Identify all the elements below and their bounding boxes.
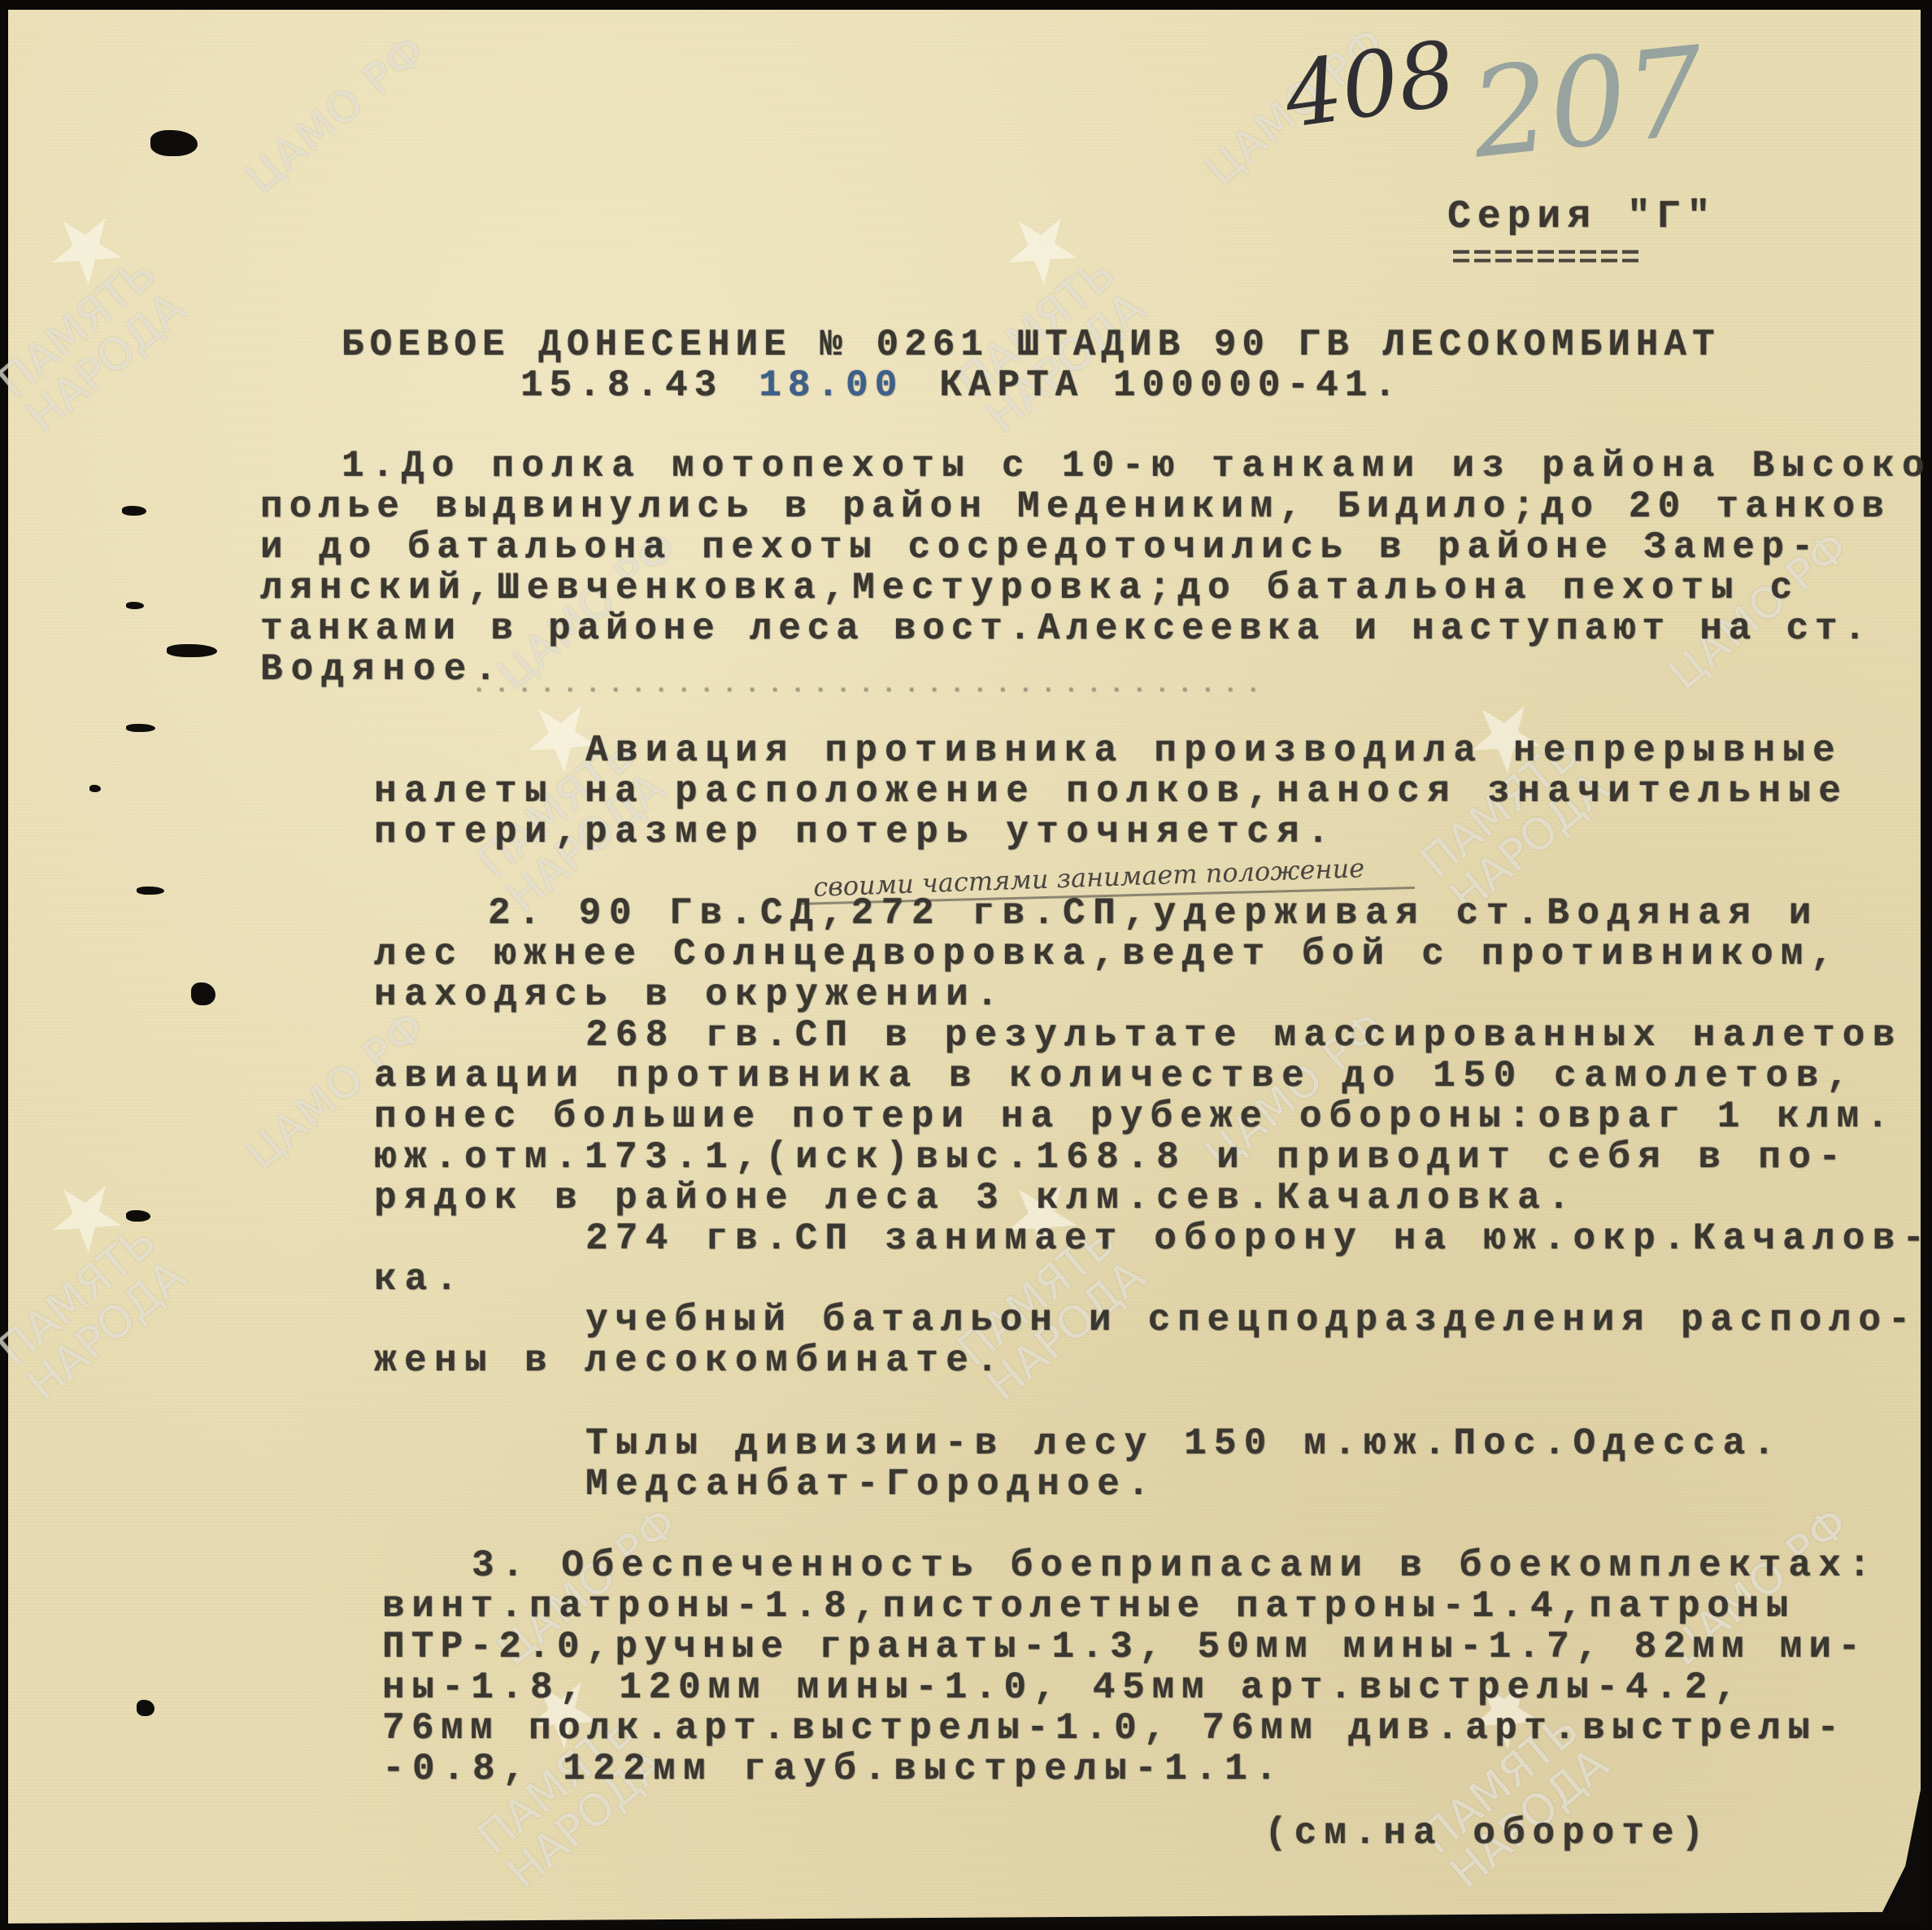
section-1-enemy: 1.До полка мотопехоты с 10-ю танками из … <box>260 446 1891 730</box>
scan-border-top <box>0 0 1932 10</box>
text-line: жены в лесокомбинате. <box>374 1340 1706 1381</box>
series-label: Серия "Г" <box>1447 195 1717 239</box>
see-reverse-note: (см.на обороте) <box>1264 1812 1711 1854</box>
text-line: и до батальона пехоты сосредоточились в … <box>260 527 1891 568</box>
binding-hole <box>137 1700 154 1716</box>
scan-border-right <box>1921 0 1932 1930</box>
text-line: -0.8, 122мм гауб.выстрелы-1.1. <box>382 1749 1867 1789</box>
text-line: 3. Обеспеченность боеприпасами в боекомп… <box>472 1545 1932 1586</box>
text-line: ПТР-2.0,ручные гранаты-1.3, 50мм мины-1.… <box>382 1627 1867 1667</box>
binding-hole <box>126 602 144 609</box>
section-2-own-forces: 2. 90 Гв.СД,272 гв.СП,удерживая ст.Водян… <box>374 893 1840 1015</box>
section-3-ammunition: 3. Обеспеченность боеприпасами в боекомп… <box>382 1545 1867 1789</box>
binding-hole <box>150 130 198 156</box>
text-line: танками в районе леса вост.Алексеевка и … <box>260 608 1891 649</box>
text-line: учебный батальон и спецподразделения рас… <box>585 1300 1917 1340</box>
section-2-training-battalion: учебный батальон и спецподразделения рас… <box>374 1300 1706 1381</box>
text-line: ка. <box>374 1259 1721 1300</box>
text-line: находясь в окружении. <box>374 974 1840 1015</box>
text-line: 76мм полк.арт.выстрелы-1.0, 76мм див.арт… <box>382 1708 1867 1749</box>
report-title: БОЕВОЕ ДОНЕСЕНИЕ № 0261 ШТАДИВ 90 ГВ ЛЕС… <box>342 324 1721 366</box>
text-line: лянский,Шевченковка,Местуровка;до баталь… <box>260 568 1891 608</box>
text-line: налеты на расположение полков,нанося зна… <box>374 771 1848 812</box>
text-line: понес большие потери на рубеже обороны:о… <box>374 1096 1896 1137</box>
map-reference: КАРТА 100000-41. <box>939 364 1403 407</box>
scan-border-bottom <box>0 1923 1932 1930</box>
text-line: полье выдвинулись в район Медениким, Бид… <box>260 486 1891 527</box>
series-double-rule: ========= <box>1451 241 1642 277</box>
handwritten-page-number-blue: 207 <box>1465 21 1712 186</box>
text-line: ны-1.8, 120мм мины-1.0, 45мм арт.выстрел… <box>382 1667 1867 1708</box>
text-line: лес южнее Солнцедворовка,ведет бой с про… <box>374 934 1840 974</box>
text-line: авиации противника в количестве до 150 с… <box>374 1056 1896 1096</box>
report-time: 18.00 <box>759 364 903 407</box>
section-2-268-regiment: 268 гв.СП в результате массированных нал… <box>374 1015 1896 1218</box>
text-line: рядок в районе леса 3 клм.сев.Качаловка. <box>374 1178 1896 1218</box>
text-line: винт.патроны-1.8,пистолетные патроны-1.4… <box>382 1586 1867 1627</box>
struck-out-line: ................................... <box>472 665 1932 706</box>
binding-hole <box>122 506 146 516</box>
text-line: Медсанбат-Городное. <box>585 1464 1782 1505</box>
text-line: юж.отм.173.1,(иск)выс.168.8 и приводит с… <box>374 1137 1896 1178</box>
text-line: Авиация противника производила непрерывн… <box>585 730 1932 771</box>
scan-border-left <box>0 0 8 1930</box>
report-dateline: 15.8.43 18.00 КАРТА 100000-41. <box>520 364 1403 407</box>
binding-hole <box>167 644 217 657</box>
text-line: 1.До полка мотопехоты с 10-ю танками из … <box>342 446 1932 486</box>
text-line: 268 гв.СП в результате массированных нал… <box>585 1015 1932 1056</box>
text-line: 2. 90 Гв.СД,272 гв.СП,удерживая ст.Водян… <box>488 893 1932 934</box>
binding-hole <box>137 887 164 895</box>
binding-hole <box>126 724 155 732</box>
text-line: 274 гв.СП занимает оборону на юж.окр.Кач… <box>585 1218 1932 1259</box>
binding-hole <box>191 982 215 1005</box>
binding-hole <box>89 785 101 792</box>
text-line: потери,размер потерь уточняется. <box>374 812 1848 852</box>
section-2-rear: Тылы дивизии-в лесу 150 м.юж.Пос.Одесса.… <box>585 1423 1782 1505</box>
text-line: Тылы дивизии-в лесу 150 м.юж.Пос.Одесса. <box>585 1423 1782 1464</box>
section-2-274-regiment: 274 гв.СП занимает оборону на юж.окр.Кач… <box>374 1218 1721 1300</box>
report-date: 15.8.43 <box>520 364 723 407</box>
section-1-aviation: Авиация противника производила непрерывн… <box>374 730 1848 852</box>
